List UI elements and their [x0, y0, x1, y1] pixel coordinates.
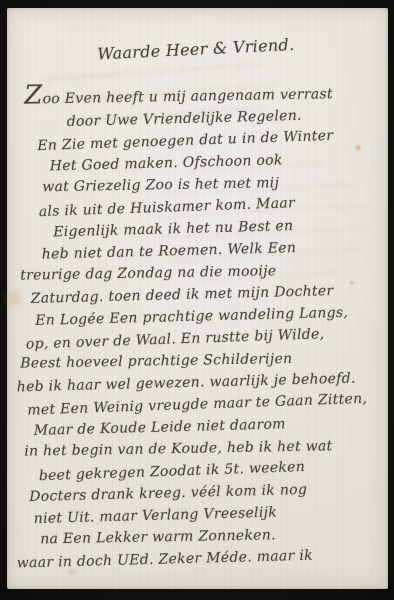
letter-body: Zoo Even heeft u mij aangenaam verrast d… [2, 77, 394, 574]
letter-page: Waarde Heer & Vriend. Zoo Even heeft u m… [7, 8, 388, 589]
salutation: Waarde Heer & Vriend. [97, 31, 383, 64]
photo-frame: Waarde Heer & Vriend. Zoo Even heeft u m… [0, 0, 394, 600]
handwritten-text: Waarde Heer & Vriend. Zoo Even heeft u m… [0, 0, 394, 589]
